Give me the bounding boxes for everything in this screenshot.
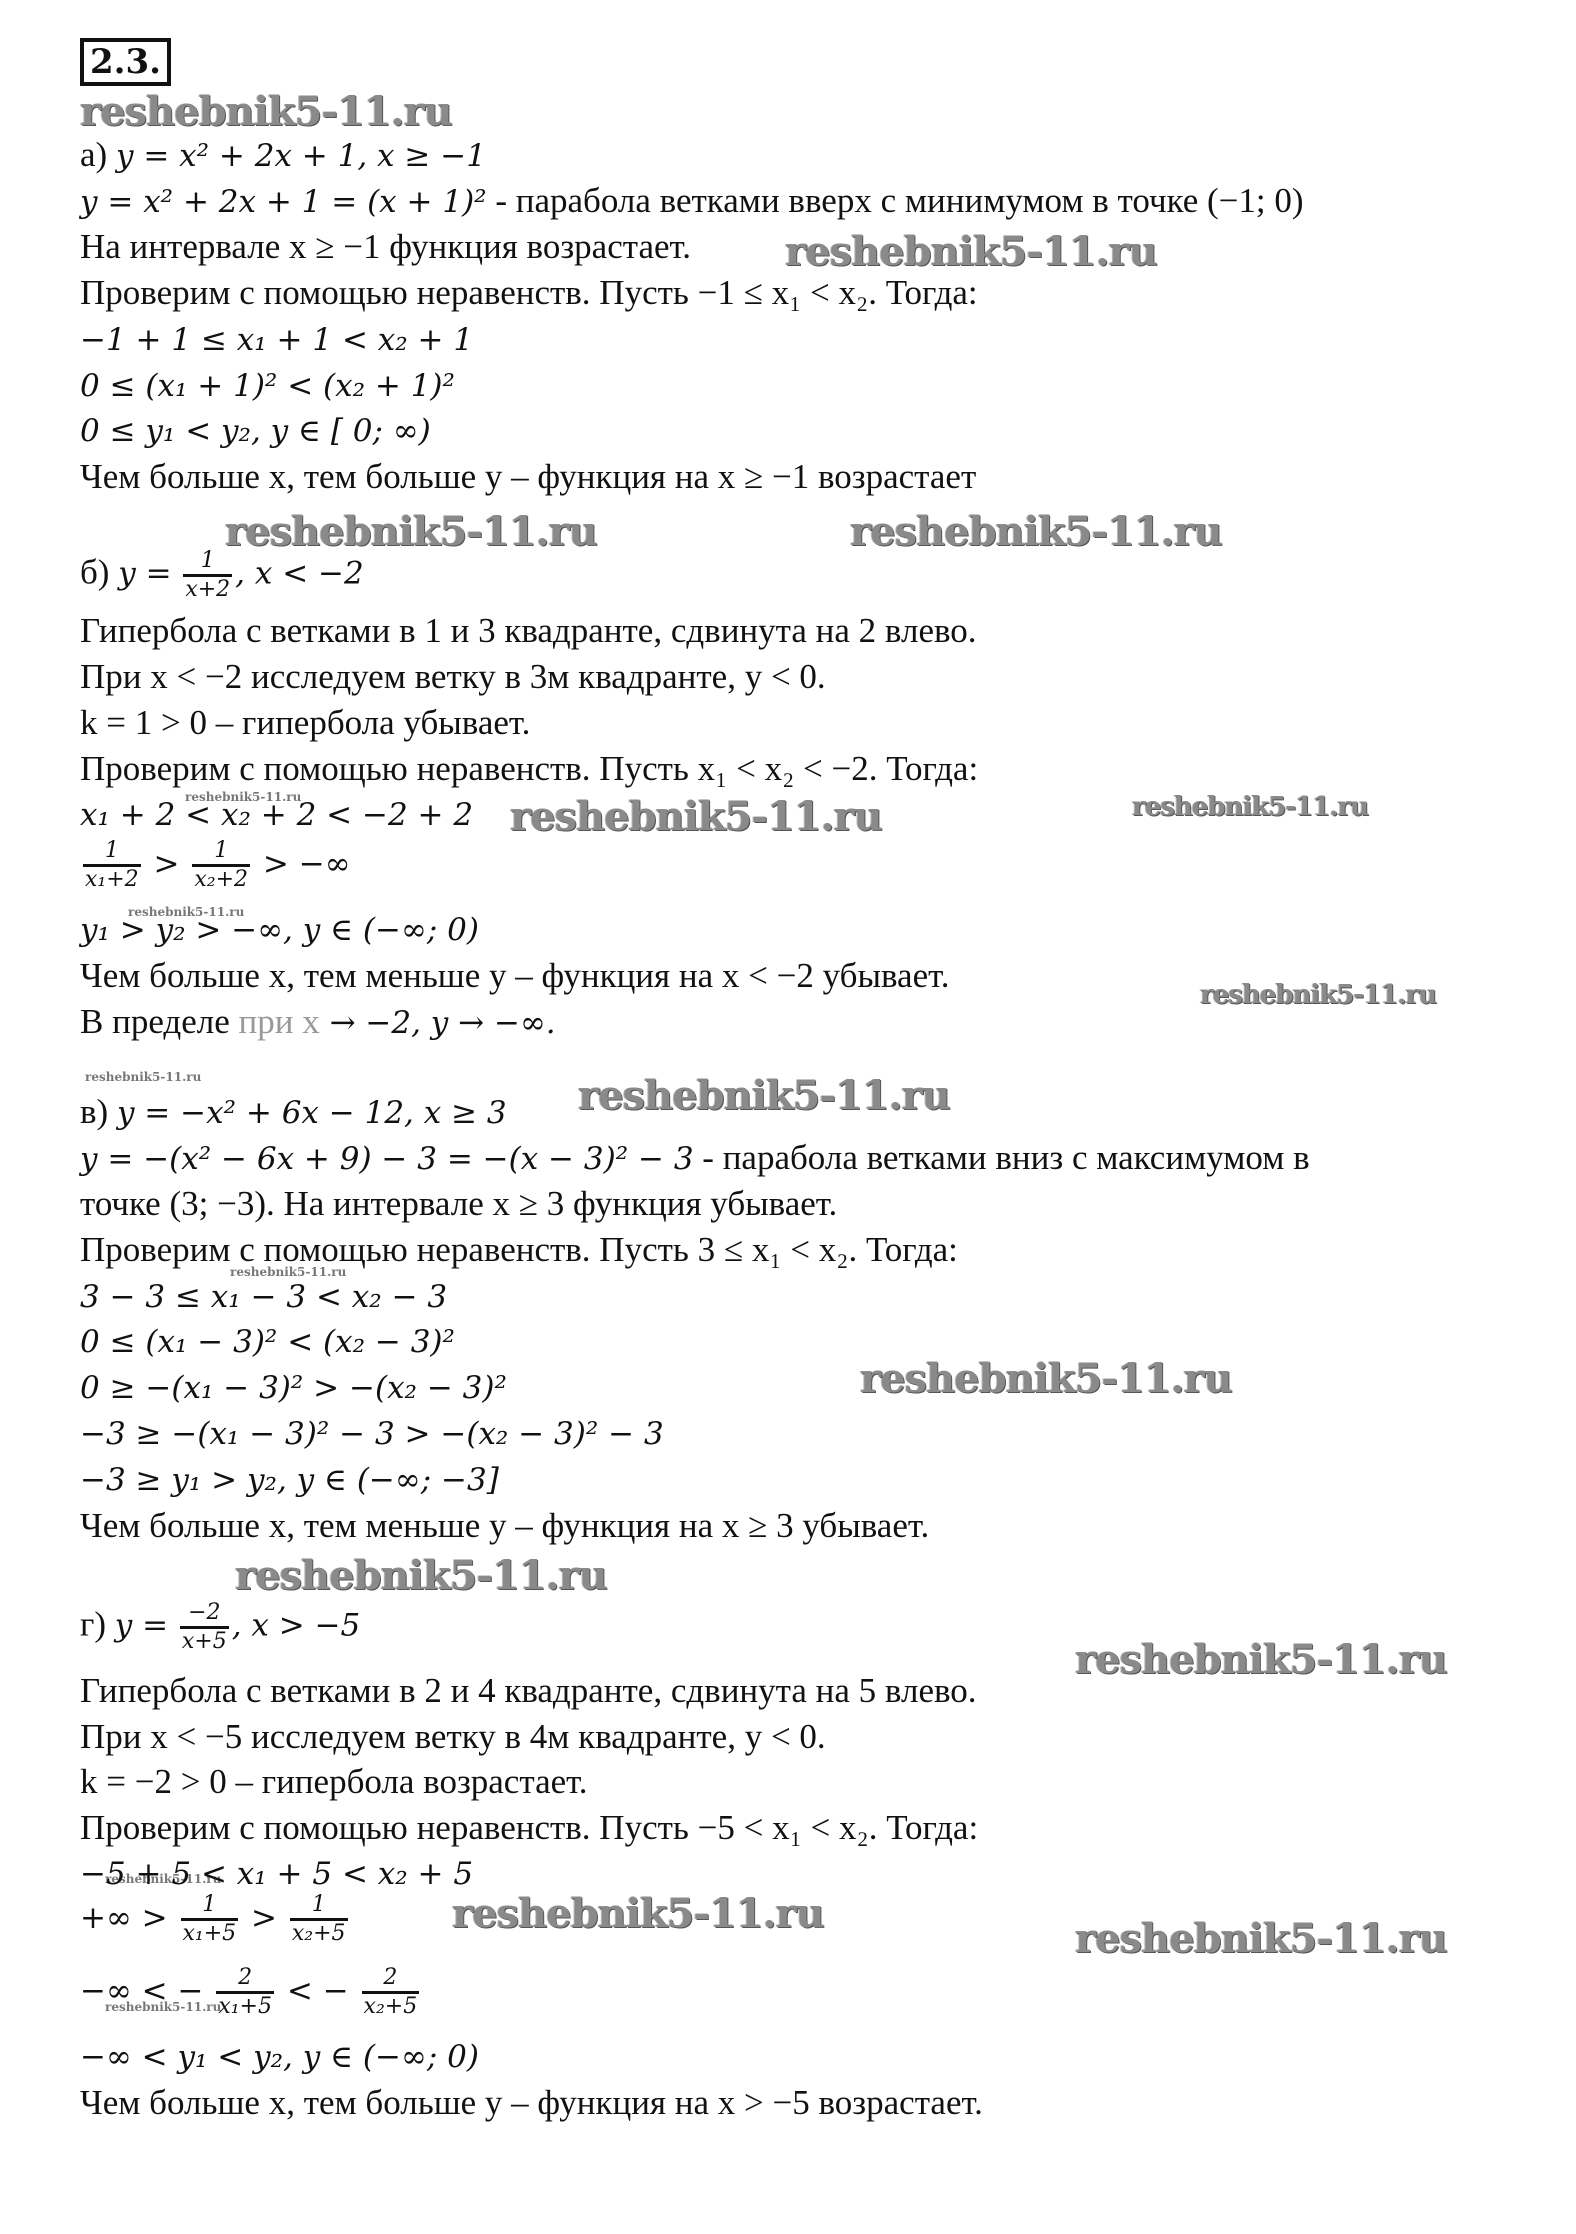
part-v-line2: точке (3; −3). На интервале x ≥ 3 функци… bbox=[80, 1182, 837, 1226]
part-b-check: Проверим с помощью неравенств. Пусть x₁ … bbox=[80, 747, 978, 791]
watermark: reshebnik5-11.ru bbox=[80, 88, 452, 135]
watermark: reshebnik5-11.ru bbox=[850, 508, 1222, 555]
part-b-statement: б) y = 1x+2 , x < −2 bbox=[80, 548, 364, 603]
part-v-step: 3 − 3 ≤ x₁ − 3 < x₂ − 3 bbox=[80, 1275, 447, 1319]
watermark-small: reshebnik5-11.ru bbox=[85, 1070, 201, 1084]
part-b-step: y₁ > y₂ > −∞, y ∈ (−∞; 0) bbox=[80, 908, 479, 952]
part-a-step: −1 + 1 ≤ x₁ + 1 < x₂ + 1 bbox=[80, 318, 473, 362]
part-v-conclusion: Чем больше x, тем меньше y – функция на … bbox=[80, 1504, 929, 1548]
fraction: 1x+2 bbox=[183, 548, 232, 603]
part-v-step: −3 ≥ y₁ > y₂, y ∈ (−∞; −3] bbox=[80, 1458, 499, 1502]
part-v-step: 0 ≥ −(x₁ − 3)² > −(x₂ − 3)² bbox=[80, 1366, 507, 1410]
problem-number: 2.3. bbox=[80, 38, 171, 86]
part-b-step: x₁ + 2 < x₂ + 2 < −2 + 2 bbox=[80, 793, 473, 837]
part-v-statement: в) y = −x² + 6x − 12, x ≥ 3 bbox=[80, 1090, 507, 1135]
part-g-check: Проверим с помощью неравенств. Пусть −5 … bbox=[80, 1806, 978, 1850]
fraction: 1x₁+2 bbox=[83, 838, 141, 893]
fraction: 1x₂+2 bbox=[192, 838, 250, 893]
part-g-step: −∞ < y₁ < y₂, y ∈ (−∞; 0) bbox=[80, 2035, 479, 2079]
part-g-line1: Гипербола с ветками в 2 и 4 квадранте, с… bbox=[80, 1669, 977, 1713]
part-b-conclusion: Чем больше x, тем меньше y – функция на … bbox=[80, 954, 950, 998]
watermark: reshebnik5-11.ru bbox=[860, 1355, 1232, 1402]
part-v-step: −3 ≥ −(x₁ − 3)² − 3 > −(x₂ − 3)² − 3 bbox=[80, 1412, 664, 1456]
watermark: reshebnik5-11.ru bbox=[785, 228, 1157, 275]
part-b-step-fractions: 1x₁+2 > 1x₂+2 > −∞ bbox=[80, 838, 351, 893]
part-a-conclusion: Чем больше x, тем больше y – функция на … bbox=[80, 455, 976, 499]
fraction: 2x₁+5 bbox=[216, 1965, 274, 2020]
part-b-limit: В пределе при x → −2, y → −∞. bbox=[80, 1000, 556, 1045]
part-g-step: −5 + 5 < x₁ + 5 < x₂ + 5 bbox=[80, 1852, 473, 1896]
part-b-line2: При x < −2 исследуем ветку в 3м квадрант… bbox=[80, 655, 826, 699]
fraction: −2x+5 bbox=[180, 1600, 229, 1655]
part-a-line2: На интервале x ≥ −1 функция возрастает. bbox=[80, 225, 691, 269]
watermark: reshebnik5-11.ru bbox=[510, 793, 882, 840]
part-a-line1: y = x² + 2x + 1 = (x + 1)² - парабола ве… bbox=[80, 179, 1304, 224]
watermark: reshebnik5-11.ru bbox=[452, 1890, 824, 1937]
watermark: reshebnik5-11.ru bbox=[1075, 1915, 1447, 1962]
fraction: 2x₂+5 bbox=[362, 1965, 420, 2020]
part-a-step: 0 ≤ y₁ < y₂, y ∈ [ 0; ∞) bbox=[80, 409, 431, 453]
fraction: 1x₁+5 bbox=[181, 1892, 239, 1947]
part-v-step: 0 ≤ (x₁ − 3)² < (x₂ − 3)² bbox=[80, 1320, 455, 1364]
watermark: reshebnik5-11.ru bbox=[1132, 792, 1368, 822]
watermark: reshebnik5-11.ru bbox=[1075, 1636, 1447, 1683]
part-g-line3: k = −2 > 0 – гипербола возрастает. bbox=[80, 1760, 588, 1804]
part-g-line2: При x < −5 исследуем ветку в 4м квадрант… bbox=[80, 1715, 826, 1759]
part-a-statement: а) y = x² + 2x + 1, x ≥ −1 bbox=[80, 133, 486, 178]
part-g-step-fractions: +∞ > 1x₁+5 > 1x₂+5 bbox=[80, 1892, 351, 1947]
part-a-check: Проверим с помощью неравенств. Пусть −1 … bbox=[80, 271, 978, 315]
part-g-statement: г) y = −2x+5 , x > −5 bbox=[80, 1600, 360, 1655]
part-a-step: 0 ≤ (x₁ + 1)² < (x₂ + 1)² bbox=[80, 364, 455, 408]
watermark: reshebnik5-11.ru bbox=[235, 1552, 607, 1599]
watermark: reshebnik5-11.ru bbox=[578, 1072, 950, 1119]
part-v-line1: y = −(x² − 6x + 9) − 3 = −(x − 3)² − 3 -… bbox=[80, 1136, 1310, 1181]
part-g-conclusion: Чем больше x, тем больше y – функция на … bbox=[80, 2081, 983, 2125]
part-b-line1: Гипербола с ветками в 1 и 3 квадранте, с… bbox=[80, 609, 977, 653]
watermark: reshebnik5-11.ru bbox=[1200, 980, 1436, 1010]
fraction: 1x₂+5 bbox=[290, 1892, 348, 1947]
part-v-check: Проверим с помощью неравенств. Пусть 3 ≤… bbox=[80, 1228, 958, 1272]
part-g-step-fractions: −∞ < − 2x₁+5 < − 2x₂+5 bbox=[80, 1965, 422, 2020]
part-b-line3: k = 1 > 0 – гипербола убывает. bbox=[80, 701, 530, 745]
